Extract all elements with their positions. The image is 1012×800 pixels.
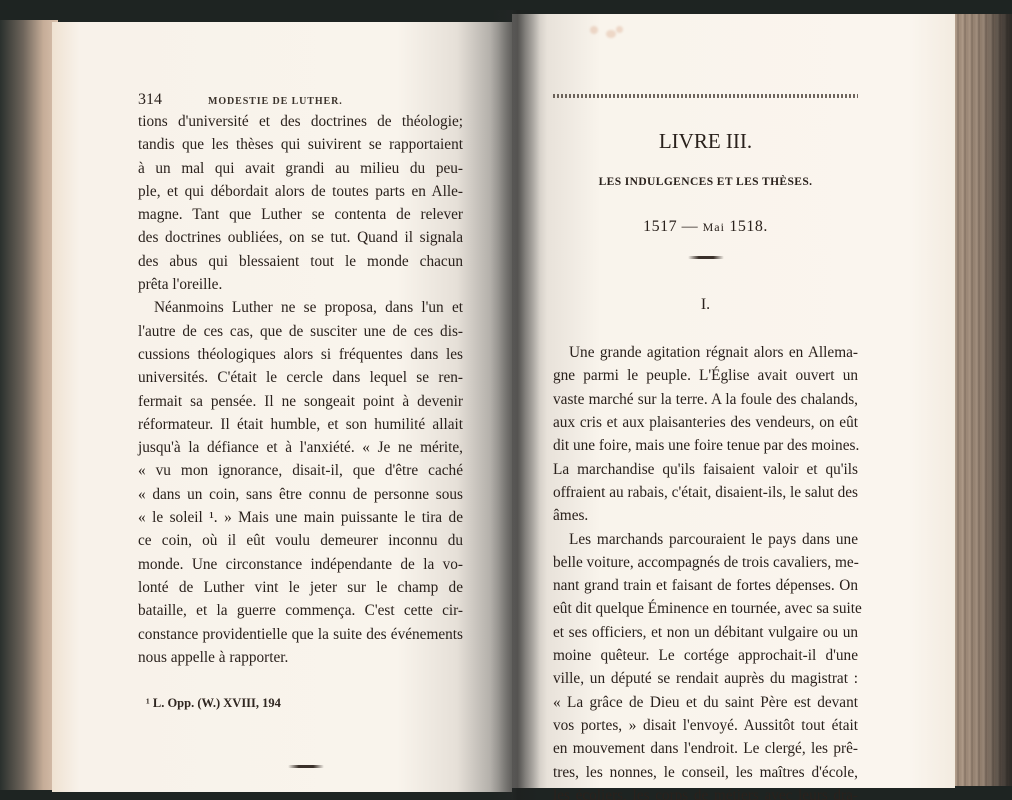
text-line: nous appelle à rapporter. [138,646,463,669]
text-line: à un mal qui avait grandi au milieu du p… [138,157,463,180]
text-line: l'autre de ces cas, que de susciter une … [138,320,463,343]
heading-ornament [688,256,724,259]
text-line: et ses officiers, et non un débitant vul… [553,621,858,644]
text-line: vaste marché sur la terre. A la foule de… [553,388,858,411]
text-line: dit une foire, mais une foire tenue par … [553,434,858,457]
text-line: réformateur. Il était humble, et son hum… [138,413,463,436]
text-line: « La grâce de Dieu et du saint Père est … [553,691,858,714]
text-line: des doctrines oubliées, on se tut. Quand… [138,226,463,249]
stain [616,26,623,33]
text-line: en mouvement dans l'endroit. Le clergé, … [553,737,858,760]
text-line: aux cris et aux plaisanteries des vendeu… [553,411,858,434]
stain [590,26,598,34]
text-line: Les marchands parcouraient le pays dans … [553,528,858,551]
text-line: les écoliers, les corps de métiers avec … [553,784,858,800]
text-line: prêta l'oreille. [138,273,463,296]
paragraph-2: Néanmoins Luther ne se proposa, dans l'u… [138,296,463,669]
text-line: bataille, et la guerre commença. C'est c… [138,599,463,622]
stain [606,30,616,38]
date-month: Mai [703,220,725,234]
text-line: tres, les nonnes, le conseil, les maître… [553,761,858,784]
text-line: monde. Une circonstance indépendante de … [138,553,463,576]
text-line: fermait sa pensée. Il ne songeait point … [138,390,463,413]
text-line: eût dit quelque Éminence en tournée, ave… [553,597,858,620]
text-line: ce coin, où il eût voulu demeurer inconn… [138,529,463,552]
right-page-text: LIVRE III. LES INDULGENCES ET LES THÈSES… [553,90,858,800]
text-line: tions d'université et des doctrines de t… [138,110,463,133]
date-range: 1517 — Mai 1518. [553,215,858,239]
text-line: offraient au rabais, c'était, disaient-i… [553,481,858,504]
decorative-rule [553,94,858,98]
text-line: tandis que les thèses qui suivirent se r… [138,133,463,156]
text-line: Néanmoins Luther ne se proposa, dans l'u… [138,296,463,319]
text-line: « le soleil ¹. » Mais une main puissante… [138,506,463,529]
text-line: ville, un député se rendait auprès du ma… [553,667,858,690]
book-edge-right [953,14,1012,786]
book-edge-left [0,20,58,790]
text-line: Une grande agitation régnait alors en Al… [553,341,858,364]
text-line: des abus qui blessaient tout le monde ch… [138,250,463,273]
footnote: ¹ L. Opp. (W.) XVIII, 194 [138,692,463,715]
date-start: 1517 — [643,218,703,235]
text-line: vos portes, » disait l'envoyé. Aussitôt … [553,714,858,737]
text-line: La marchandise qu'ils faisaient valoir e… [553,458,858,481]
text-line: universités. C'était le cercle dans lequ… [138,366,463,389]
text-line: constance providentielle que la suite de… [138,623,463,646]
left-page-text: 314 MODESTIE DE LUTHER. tions d'universi… [138,88,463,768]
text-line: « dans un coin, sans être connu de perso… [138,483,463,506]
text-line: nant grand train et faisant de fortes dé… [553,574,858,597]
chapter-number: I. [553,293,858,316]
paragraph-2: Les marchands parcouraient le pays dans … [553,528,858,800]
text-line: lonté de Luther vint le jeter sur le cha… [138,576,463,599]
text-line: moine quêteur. Le cortége approchait-il … [553,644,858,667]
book-heading: LIVRE III. [553,130,858,153]
text-line: magne. Tant que Luther se contenta de re… [138,203,463,226]
text-line: belle voiture, accompagnés de trois cava… [553,551,858,574]
text-line: gne parmi le peuple. L'Église avait ouve… [553,364,858,387]
paragraph-1: tions d'université et des doctrines de t… [138,110,463,296]
paragraph-1: Une grande agitation régnait alors en Al… [553,341,858,527]
end-ornament [288,765,324,768]
book-gutter [490,10,540,800]
text-line: cussions théologiques alors si fréquente… [138,343,463,366]
text-line: jusqu'à la défiance et à l'anxiété. « Je… [138,436,463,459]
text-line: âmes. [553,504,858,527]
page-number: 314 [138,88,208,111]
text-line: ple, et qui débordait alors de toutes pa… [138,180,463,203]
text-line: « vu mon ignorance, disait-il, que d'êtr… [138,459,463,482]
section-title: LES INDULGENCES ET LES THÈSES. [553,171,858,194]
date-end: 1518. [725,218,768,235]
open-book: 314 MODESTIE DE LUTHER. tions d'universi… [0,0,1012,800]
running-head: 314 MODESTIE DE LUTHER. [138,88,463,110]
